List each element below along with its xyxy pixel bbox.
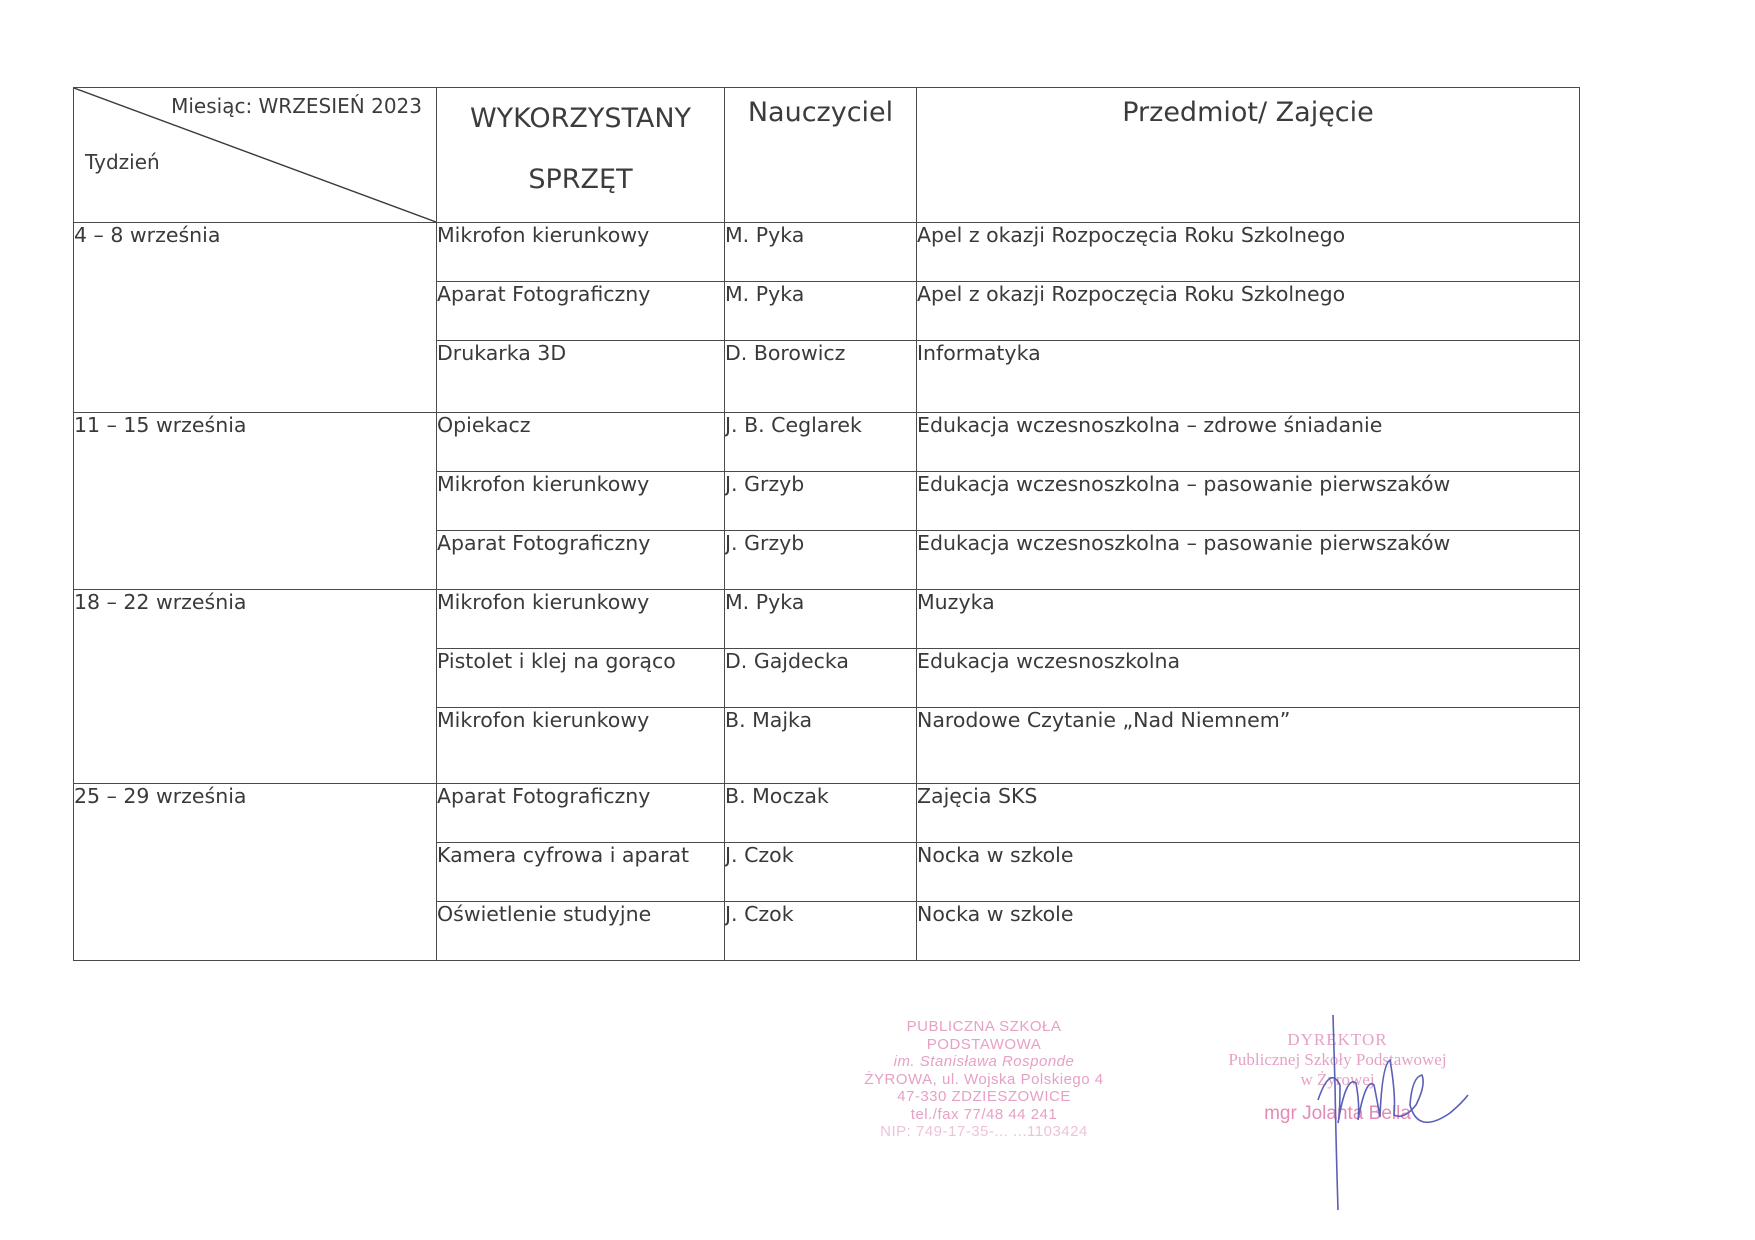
subject-cell: Muzyka [917, 590, 1580, 649]
school-stamp-line4: 47-330 ZDZIESZOWICE [850, 1088, 1118, 1106]
school-stamp-line5: tel./fax 77/48 44 241 [850, 1106, 1118, 1124]
equipment-cell: Oświetlenie studyjne [437, 902, 725, 961]
header-diagonal-cell: Miesiąc: WRZESIEŃ 2023 Tydzień [74, 88, 437, 223]
subject-cell: Edukacja wczesnoszkolna – pasowanie pier… [917, 531, 1580, 590]
director-stamp-title: DYREKTOR [1200, 1030, 1475, 1050]
subject-cell: Edukacja wczesnoszkolna – zdrowe śniadan… [917, 413, 1580, 472]
equipment-cell: Aparat Fotograficzny [437, 282, 725, 341]
table-row: 11 – 15 wrześniaOpiekaczJ. B. CeglarekEd… [74, 413, 1580, 472]
equipment-cell: Aparat Fotograficzny [437, 531, 725, 590]
equipment-column-header: WYKORZYSTANY SPRZĘT [437, 88, 725, 223]
equipment-header-line1: WYKORZYSTANY [437, 88, 724, 149]
teacher-cell: J. Czok [725, 843, 917, 902]
teacher-cell: J. Grzyb [725, 472, 917, 531]
equipment-cell: Pistolet i klej na gorąco [437, 649, 725, 708]
table-row: 4 – 8 wrześniaMikrofon kierunkowyM. Pyka… [74, 223, 1580, 282]
equipment-cell: Mikrofon kierunkowy [437, 223, 725, 282]
subject-cell: Apel z okazji Rozpoczęcia Roku Szkolnego [917, 223, 1580, 282]
week-column-label: Tydzień [85, 150, 160, 174]
subject-cell: Edukacja wczesnoszkolna – pasowanie pier… [917, 472, 1580, 531]
equipment-cell: Mikrofon kierunkowy [437, 590, 725, 649]
teacher-cell: J. Grzyb [725, 531, 917, 590]
equipment-cell: Mikrofon kierunkowy [437, 708, 725, 784]
table-header-row: Miesiąc: WRZESIEŃ 2023 Tydzień WYKORZYST… [74, 88, 1580, 223]
subject-cell: Nocka w szkole [917, 843, 1580, 902]
equipment-cell: Mikrofon kierunkowy [437, 472, 725, 531]
subject-cell: Nocka w szkole [917, 902, 1580, 961]
teacher-cell: J. B. Ceglarek [725, 413, 917, 472]
school-stamp-line2: im. Stanisława Rosponde [850, 1053, 1118, 1071]
teacher-cell: M. Pyka [725, 282, 917, 341]
equipment-usage-table: Miesiąc: WRZESIEŃ 2023 Tydzień WYKORZYST… [73, 87, 1580, 961]
director-stamp: DYREKTOR Publicznej Szkoły Podstawowej w… [1200, 1030, 1475, 1124]
week-range-cell: 18 – 22 września [74, 590, 437, 784]
subject-column-header: Przedmiot/ Zajęcie [917, 88, 1580, 223]
week-range-cell: 25 – 29 września [74, 784, 437, 961]
equipment-cell: Opiekacz [437, 413, 725, 472]
teacher-cell: J. Czok [725, 902, 917, 961]
document-page: Miesiąc: WRZESIEŃ 2023 Tydzień WYKORZYST… [0, 0, 1755, 1240]
teacher-column-header: Nauczyciel [725, 88, 917, 223]
director-stamp-line2: Publicznej Szkoły Podstawowej [1200, 1050, 1475, 1070]
table-row: 25 – 29 wrześniaAparat FotograficznyB. M… [74, 784, 1580, 843]
teacher-cell: B. Majka [725, 708, 917, 784]
table-row: 18 – 22 wrześniaMikrofon kierunkowyM. Py… [74, 590, 1580, 649]
teacher-cell: B. Moczak [725, 784, 917, 843]
subject-cell: Edukacja wczesnoszkolna [917, 649, 1580, 708]
subject-cell: Narodowe Czytanie „Nad Niemnem” [917, 708, 1580, 784]
school-stamp-line3: ŻYROWA, ul. Wojska Polskiego 4 [850, 1071, 1118, 1089]
school-stamp-line6: NIP: 749-17-35-... ...1103424 [850, 1123, 1118, 1141]
director-name: mgr Jolanta Bella [1200, 1104, 1475, 1124]
school-stamp: PUBLICZNA SZKOŁA PODSTAWOWA im. Stanisła… [850, 1018, 1118, 1141]
equipment-cell: Kamera cyfrowa i aparat [437, 843, 725, 902]
school-stamp-line1: PUBLICZNA SZKOŁA PODSTAWOWA [850, 1018, 1118, 1053]
teacher-cell: M. Pyka [725, 590, 917, 649]
teacher-cell: M. Pyka [725, 223, 917, 282]
equipment-header-line2: SPRZĘT [437, 149, 724, 210]
equipment-cell: Aparat Fotograficzny [437, 784, 725, 843]
equipment-cell: Drukarka 3D [437, 341, 725, 413]
month-label: Miesiąc: WRZESIEŃ 2023 [171, 94, 422, 118]
teacher-cell: D. Borowicz [725, 341, 917, 413]
week-range-cell: 4 – 8 września [74, 223, 437, 413]
subject-cell: Zajęcia SKS [917, 784, 1580, 843]
subject-cell: Apel z okazji Rozpoczęcia Roku Szkolnego [917, 282, 1580, 341]
subject-cell: Informatyka [917, 341, 1580, 413]
week-range-cell: 11 – 15 września [74, 413, 437, 590]
teacher-cell: D. Gajdecka [725, 649, 917, 708]
director-stamp-line3: w Żyrowej [1200, 1070, 1475, 1090]
